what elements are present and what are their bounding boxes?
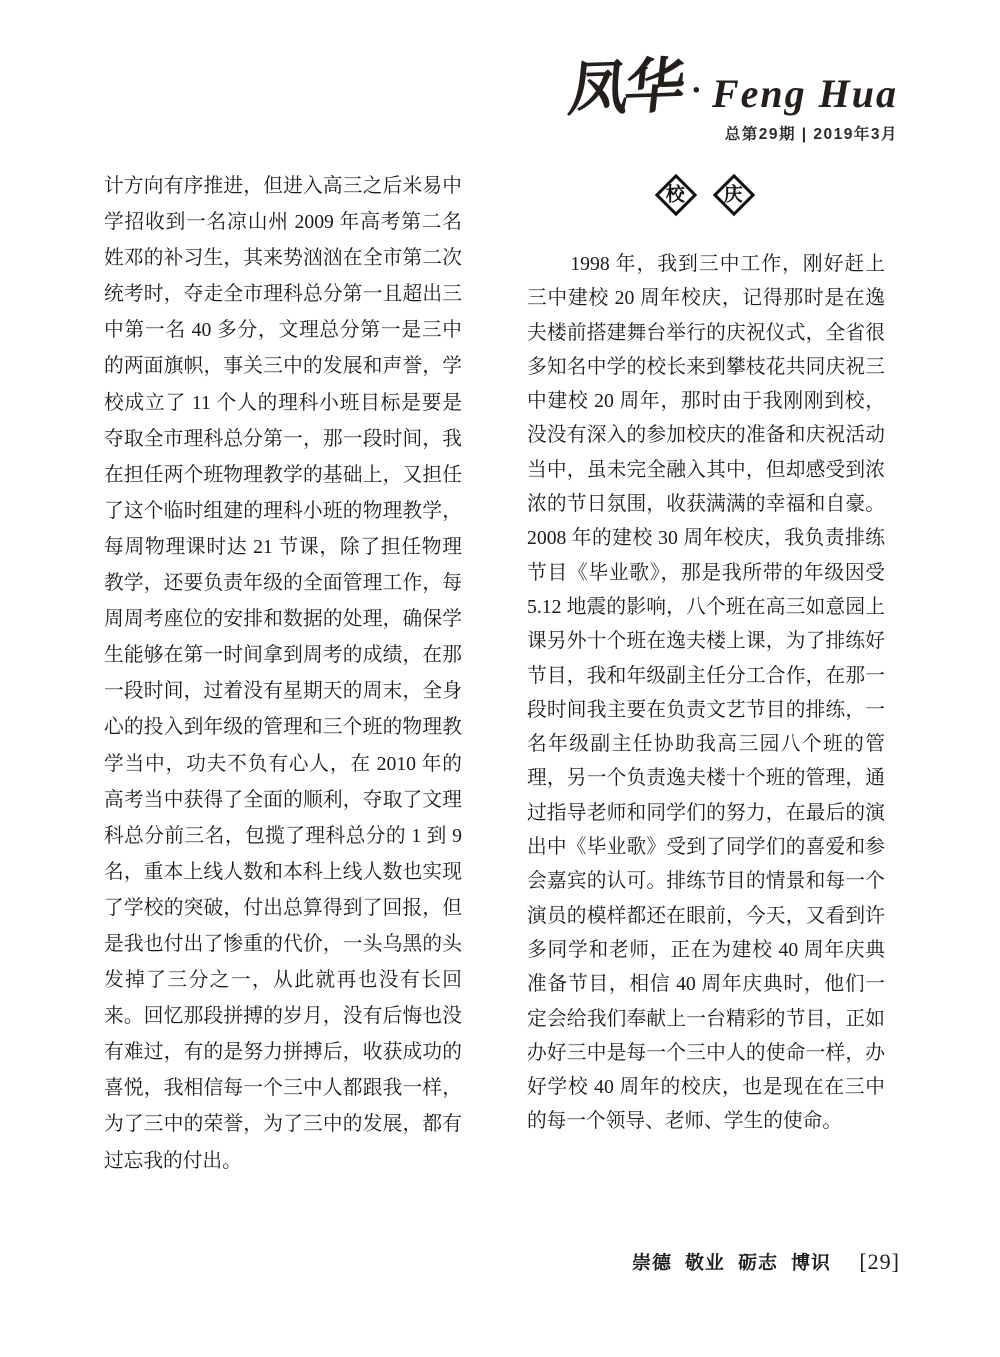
masthead-logo-chinese: 凤华 xyxy=(565,56,684,120)
school-motto: 崇德 敬业 砺志 博识 xyxy=(632,1248,832,1275)
masthead-logo-row: 凤华 · Feng Hua xyxy=(569,58,898,118)
issue-info: 总第29期 | 2019年3月 xyxy=(569,122,898,144)
badge-qing: 庆 xyxy=(713,174,755,216)
right-body-paragraph: 1998 年，我到三中工作，刚好赶上三中建校 20 周年校庆，记得那时是在逸夫楼… xyxy=(527,247,885,1139)
motto-word: 砺志 xyxy=(738,1248,779,1275)
left-text-column: 计方向有序推进，但进入高三之后米易中学招收到一名凉山州 2009 年高考第二名姓… xyxy=(104,168,462,1179)
badge-xiao: 校 xyxy=(655,174,697,216)
left-body-paragraph: 计方向有序推进，但进入高三之后米易中学招收到一名凉山州 2009 年高考第二名姓… xyxy=(104,168,462,1179)
motto-word: 敬业 xyxy=(685,1248,726,1275)
masthead-logo-english: Feng Hua xyxy=(712,74,898,118)
page-number: [29] xyxy=(859,1249,900,1275)
right-text-column: 1998 年，我到三中工作，刚好赶上三中建校 20 周年校庆，记得那时是在逸夫楼… xyxy=(527,247,885,1139)
badge-qing-char: 庆 xyxy=(724,185,743,204)
magazine-page: 凤华 · Feng Hua 总第29期 | 2019年3月 校 庆 计方向有序推… xyxy=(0,0,1000,1357)
masthead: 凤华 · Feng Hua 总第29期 | 2019年3月 xyxy=(569,58,898,144)
section-title-xiaoqing: 校 庆 xyxy=(527,180,883,210)
masthead-dot: · xyxy=(691,74,702,118)
page-footer: 崇德 敬业 砺志 博识 [29] xyxy=(632,1248,900,1275)
motto-word: 崇德 xyxy=(632,1248,673,1275)
motto-word: 博识 xyxy=(791,1248,832,1275)
badge-xiao-char: 校 xyxy=(666,185,685,204)
